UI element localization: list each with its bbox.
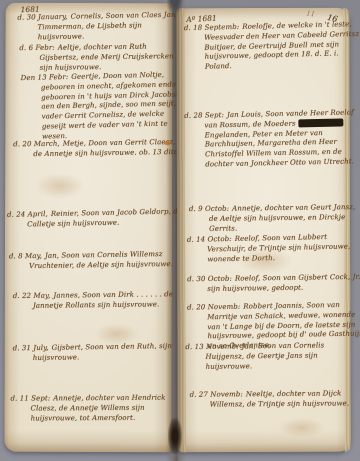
register-entry: d. 22 May,Jannes, Soon van Dirk . . . . …: [13, 290, 183, 312]
entry-text: Geertje, Doon van Noltje, gebooren in on…: [41, 71, 187, 141]
entry-date: d. 13 Novemb:: [185, 342, 238, 351]
register-entry: d. 11 Sept:Annetje, dochter van Hendrick…: [10, 393, 184, 423]
register-entry: d. 9 Octob:Annetje, dochter van Geurt Ja…: [189, 203, 360, 235]
entry-text: Reinier, Soon van Jacob Geldorp, de Call…: [27, 207, 182, 228]
register-entry: d. 24 April,Reinier, Soon van Jacob Geld…: [7, 207, 183, 230]
foxing-stain: [278, 418, 326, 438]
register-entry: d. 27 Novemb:Neeltje, dochter van Dijck …: [190, 389, 360, 410]
register-entry: Den 13 Febr:Geertje, Doon van Noltje, ge…: [21, 70, 189, 142]
page-number: 11: [306, 9, 316, 18]
entry-date: d. 6 Febr:: [19, 44, 55, 52]
register-entry: d. 18 Septemb:Roelofje, de welcke in 't …: [184, 20, 360, 73]
entry-date: d. 14 Octob:: [187, 235, 232, 244]
entry-date: Den 13 Febr:: [21, 73, 69, 82]
register-entry: d. 14 Octob:Reelof, Soon van Lubbert Ver…: [187, 232, 360, 265]
register-entry: d. 6 Febr:Aeltje, dochter van Ruth Gijsb…: [19, 42, 187, 73]
entry-text: Aeltje, dochter van Ruth Gijsbertsz, end…: [39, 43, 173, 72]
entry-text: Annetje, dochter van Hendrick Claesz, de…: [30, 394, 165, 422]
entry-text: Engelanden, Peter en Meter van Barchhuij…: [204, 129, 354, 169]
register-entry: d. 31 July,Gijsbert, Soon van den Ruth, …: [13, 342, 183, 364]
entry-date: d. 18 Septemb:: [184, 23, 240, 32]
entry-date: d. 9 Octob:: [189, 205, 229, 213]
entry-text: Annetje, dochter van Geurt Jansz, de Ael…: [209, 203, 355, 232]
entry-text: Jan, Soon van Cornelis Willemsz Vruchten…: [29, 250, 173, 270]
entry-date: d. 20 March,: [13, 140, 60, 149]
stacked-page-edges-left: [176, 8, 186, 452]
entry-text: Gijsbert, Soon van den Ruth, sijn huijsv…: [33, 342, 172, 362]
left-page: 1681 d. 30 January,Cornelis, Soon van Cl…: [4, 3, 172, 452]
entry-date: d. 30 Octob:: [187, 275, 232, 284]
entry-text: Jannes, Soon van Dirk . . . . . . de Jan…: [33, 290, 173, 309]
entry-date: d. 24 April,: [7, 210, 48, 219]
entry-date: d. 28 Sept:: [184, 111, 224, 120]
register-entry: d. 28 Sept:Jan Louis, Soon vande Heer Ro…: [184, 108, 360, 171]
entry-date: d. 11 Sept:: [10, 394, 50, 402]
register-entry: d. 13 Novemb:Jan, Soon van Cornelis Huij…: [185, 341, 360, 373]
entry-date: d. 22 May,: [13, 292, 51, 300]
register-entry: d. 8 May,Jan, Soon van Cornelis Willemsz…: [9, 250, 185, 272]
register-entry: d. 30 Octob:Roelof, Soon van Gijsbert Co…: [187, 273, 360, 295]
entry-date: d. 31 July,: [13, 344, 49, 353]
register-entry: d. 20 March,Metje, Doon van Gerrit Claes…: [13, 138, 185, 160]
right-page: Aº 1681 11 16 d. 18 Septemb:Roelofje, de…: [176, 8, 351, 453]
ink-redaction: gheschrapt: [298, 118, 343, 127]
entry-date: d. 30 January,: [17, 13, 67, 22]
register-entry: d. 30 January,Cornelis, Soon van Claes J…: [17, 10, 188, 43]
foxing-stain: [35, 173, 85, 199]
entry-date: d. 20 Novemb:: [187, 303, 240, 312]
entry-date: d. 8 May,: [9, 252, 42, 260]
entry-date: d. 27 Novemb:: [190, 390, 243, 398]
